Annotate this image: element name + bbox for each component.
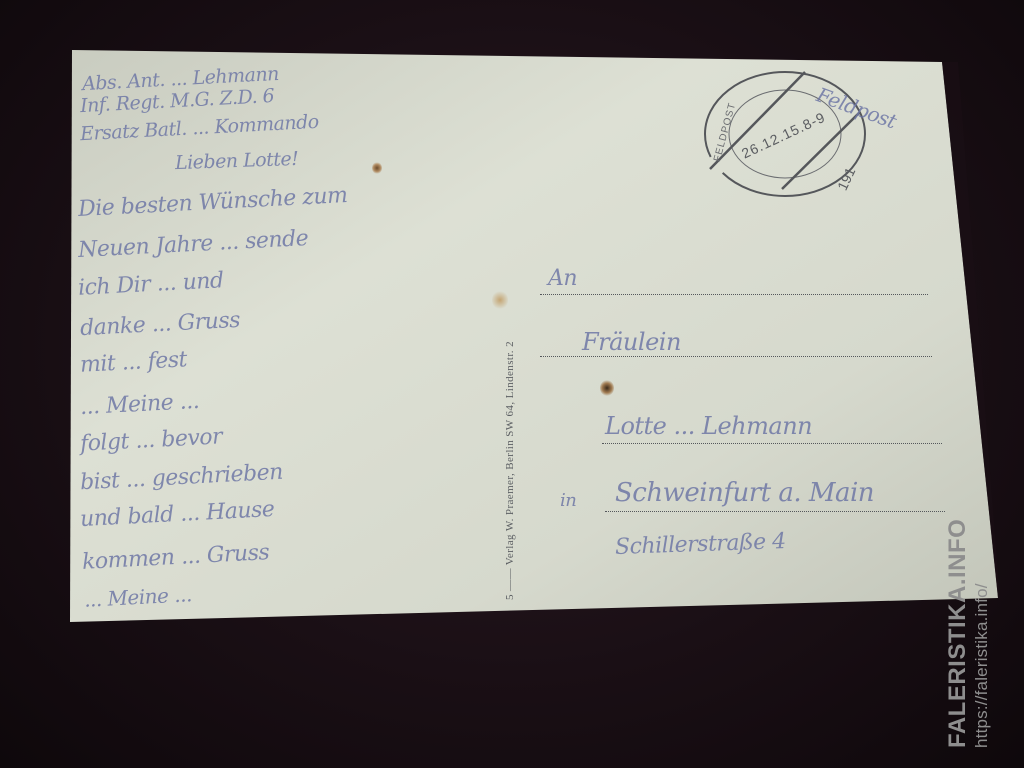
- watermark: FALERISTIKA.INFO https://faleristika.inf…: [946, 519, 990, 748]
- address-line: [540, 356, 932, 357]
- stain: [600, 380, 614, 396]
- watermark-url: https://faleristika.info/: [973, 519, 990, 748]
- address-line: [605, 511, 945, 512]
- address-prefix: An: [548, 266, 577, 291]
- address-line: [540, 294, 928, 295]
- address-line3-prefix: in: [560, 490, 576, 511]
- stain: [372, 162, 382, 174]
- address-line3: Schweinfurt a. Main: [615, 478, 874, 508]
- address-line2: Lotte ... Lehmann: [605, 412, 812, 440]
- postcard: FELDPOST 26.12.15.8-9 191 Feldpost 5 —— …: [0, 0, 1024, 768]
- stain: [492, 290, 508, 310]
- publisher-imprint: 5 —— Verlag W. Praemer, Berlin SW 64, Li…: [504, 341, 516, 600]
- watermark-brand: FALERISTIKA.INFO: [946, 519, 970, 748]
- message-line: Lieben Lotte!: [175, 148, 299, 174]
- address-line1: Fräulein: [582, 328, 681, 356]
- address-line: [602, 443, 942, 444]
